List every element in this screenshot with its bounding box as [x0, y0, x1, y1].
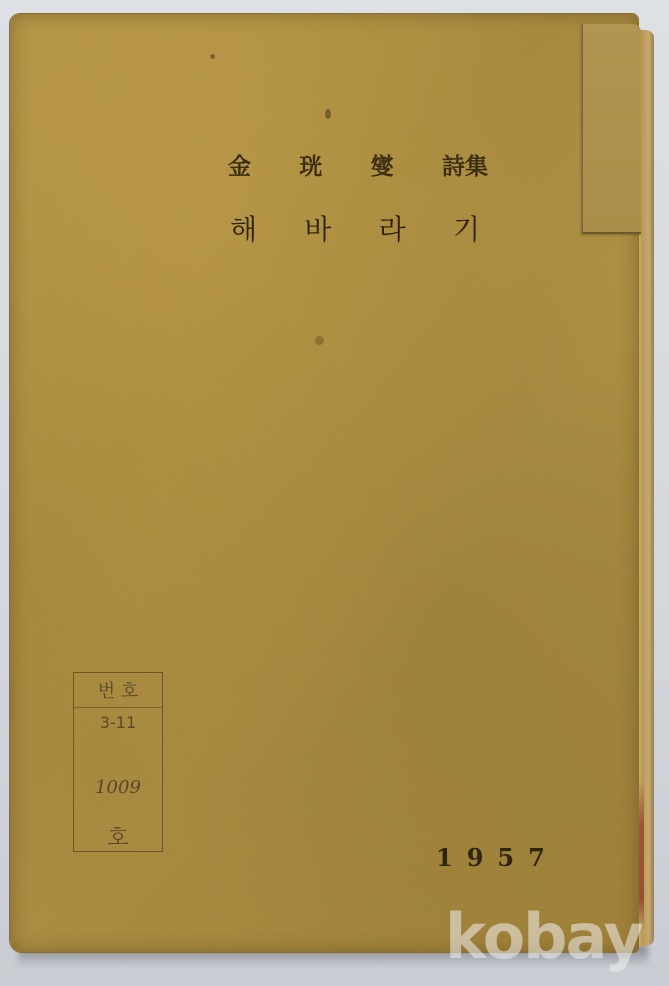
stamp-class-number: 3-11 [74, 713, 162, 732]
watermark-logo: kobay [445, 900, 642, 973]
book-title: 해 바 라 기 [230, 208, 480, 248]
stamp-label: 번 호 [74, 677, 162, 703]
subtitle-char: 珖 [299, 148, 322, 181]
title-char: 기 [453, 208, 480, 248]
ink-spot [315, 336, 324, 345]
ink-spot [325, 109, 331, 119]
stamp-suffix: 호 [74, 821, 162, 852]
title-char: 라 [379, 208, 406, 248]
title-char: 바 [304, 208, 331, 248]
title-char: 해 [230, 208, 257, 248]
stamp-divider [74, 707, 162, 708]
subtitle-char: 燮 [371, 148, 394, 181]
subtitle-char: 詩集 [442, 148, 488, 181]
subtitle-char: 金 [228, 148, 251, 181]
stamp-handwritten-number: 1009 [74, 777, 162, 798]
torn-cover-flap [582, 24, 641, 234]
author-subtitle: 金 珖 燮 詩集 [228, 148, 488, 181]
publication-year: 1957 [436, 843, 559, 872]
library-stamp: 번 호 3-11 1009 호 [73, 672, 163, 852]
ink-spot [210, 54, 215, 59]
